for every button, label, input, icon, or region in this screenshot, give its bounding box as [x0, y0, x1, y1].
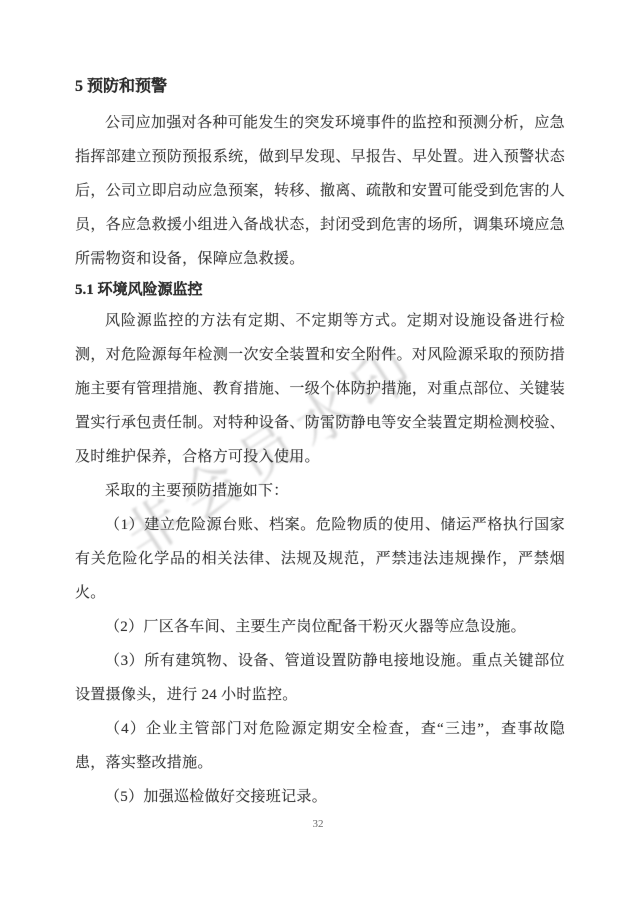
subsection-heading: 5.1 环境风险源监控: [75, 276, 565, 304]
list-item-2: （2）厂区各车间、主要生产岗位配备干粉灭火器等应急设施。: [75, 610, 565, 644]
paragraph-measures-intro: 采取的主要预防措施如下：: [75, 474, 565, 508]
list-item-4: （4）企业主管部门对危险源定期安全检查，查“三违”，查事故隐患，落实整改措施。: [75, 712, 565, 780]
section-heading: 5 预防和预警: [75, 76, 565, 98]
page-number: 32: [0, 818, 636, 830]
document-page: 非会员水印 5 预防和预警 公司应加强对各种可能发生的突发环境事件的监控和预测分…: [0, 0, 636, 900]
list-item-1: （1）建立危险源台账、档案。危险物质的使用、储运严格执行国家有关危险化学品的相关…: [75, 508, 565, 610]
list-item-3: （3）所有建筑物、设备、管道设置防静电接地设施。重点关键部位设置摄像头，进行 2…: [75, 644, 565, 712]
paragraph-risk-monitoring: 风险源监控的方法有定期、不定期等方式。定期对设施设备进行检测，对危险源每年检测一…: [75, 304, 565, 474]
paragraph-prevention-overview: 公司应加强对各种可能发生的突发环境事件的监控和预测分析，应急指挥部建立预防预报系…: [75, 106, 565, 276]
document-content: 5 预防和预警 公司应加强对各种可能发生的突发环境事件的监控和预测分析，应急指挥…: [75, 76, 565, 814]
list-item-5: （5）加强巡检做好交接班记录。: [75, 780, 565, 814]
